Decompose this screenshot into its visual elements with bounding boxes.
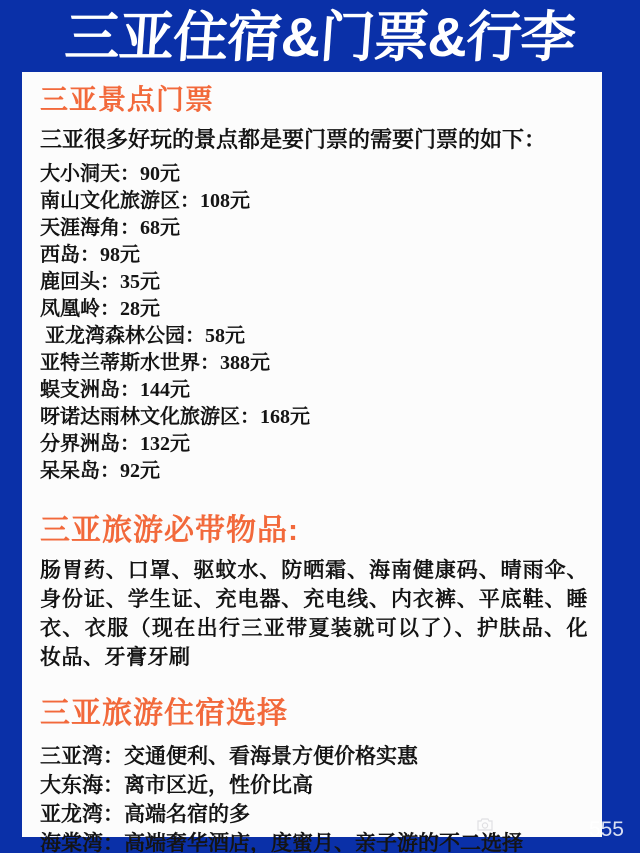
ticket-price-item: 亚龙湾森林公园：58元 xyxy=(40,323,588,350)
watermark-camera-icon xyxy=(477,818,493,836)
packing-section-heading: 三亚旅游必带物品: xyxy=(40,514,588,548)
ticket-price-item: 呀诺达雨林文化旅游区：168元 xyxy=(40,404,588,431)
ticket-price-item: 西岛：98元 xyxy=(40,242,588,269)
ticket-price-item: 凤凰岭：28元 xyxy=(40,296,588,323)
tickets-section-heading: 三亚景点门票 xyxy=(40,85,588,115)
ticket-price-item: 大小洞天：90元 xyxy=(40,161,588,188)
stay-option-item: 亚龙湾：高端名宿的多 xyxy=(40,800,588,829)
poster-title: 三亚住宿&门票&行李 xyxy=(0,6,640,68)
ticket-price-item: 呆呆岛：92元 xyxy=(40,458,588,485)
stay-options-list: 三亚湾：交通便利、看海景方便价格实惠 大东海：离市区近，性价比高 亚龙湾：高端名… xyxy=(40,742,588,853)
stay-option-item: 海棠湾：高端奢华酒店，度蜜月、亲子游的不二选择 xyxy=(40,829,588,853)
ticket-price-item: 鹿回头：35元 xyxy=(40,269,588,296)
ticket-price-list: 大小洞天：90元 南山文化旅游区：108元 天涯海角：68元 西岛：98元 鹿回… xyxy=(40,161,588,485)
watermark-text: 555 xyxy=(589,818,624,842)
ticket-price-item: 天涯海角：68元 xyxy=(40,215,588,242)
ticket-price-item: 蜈支洲岛：144元 xyxy=(40,377,588,404)
packing-items-text: 肠胃药、口罩、驱蚊水、防晒霜、海南健康码、晴雨伞、身份证、学生证、充电器、充电线… xyxy=(40,556,588,672)
ticket-price-item: 南山文化旅游区：108元 xyxy=(40,188,588,215)
stays-section-heading: 三亚旅游住宿选择 xyxy=(40,697,588,731)
content-card: 三亚景点门票 三亚很多好玩的景点都是要门票的需要门票的如下： 大小洞天：90元 … xyxy=(22,72,602,837)
tickets-intro-text: 三亚很多好玩的景点都是要门票的需要门票的如下： xyxy=(40,123,588,154)
ticket-price-item: 分界洲岛：132元 xyxy=(40,431,588,458)
stay-option-item: 大东海：离市区近，性价比高 xyxy=(40,771,588,800)
poster-root: { "poster": { "title": "三亚住宿&门票&行李" }, "… xyxy=(0,0,640,853)
ticket-price-item: 亚特兰蒂斯水世界：388元 xyxy=(40,350,588,377)
stay-option-item: 三亚湾：交通便利、看海景方便价格实惠 xyxy=(40,742,588,771)
